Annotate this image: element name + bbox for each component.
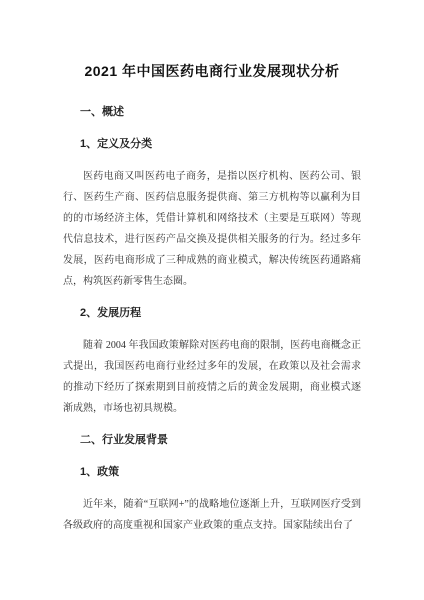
paragraph-definition: 医药电商又叫医药电子商务，是指以医疗机构、医药公司、银行、医药生产商、医药信息服… — [63, 166, 361, 292]
heading-overview: 一、概述 — [63, 102, 361, 123]
heading-development-history: 2、发展历程 — [63, 303, 361, 324]
heading-definition-classification: 1、定义及分类 — [63, 134, 361, 155]
paragraph-policy: 近年来，随着“互联网+”的战略地位逐渐上升，互联网医疗受到各级政府的高度重视和国… — [63, 494, 361, 536]
heading-industry-background: 二、行业发展背景 — [63, 430, 361, 451]
paragraph-development-history: 随着 2004 年我国政策解除对医药电商的限制，医药电商概念正式提出，我国医药电… — [63, 335, 361, 419]
document-page: 2021 年中国医药电商行业发展现状分析 一、概述 1、定义及分类 医药电商又叫… — [0, 0, 424, 600]
document-title: 2021 年中国医药电商行业发展现状分析 — [63, 60, 361, 82]
heading-policy: 1、政策 — [63, 462, 361, 483]
